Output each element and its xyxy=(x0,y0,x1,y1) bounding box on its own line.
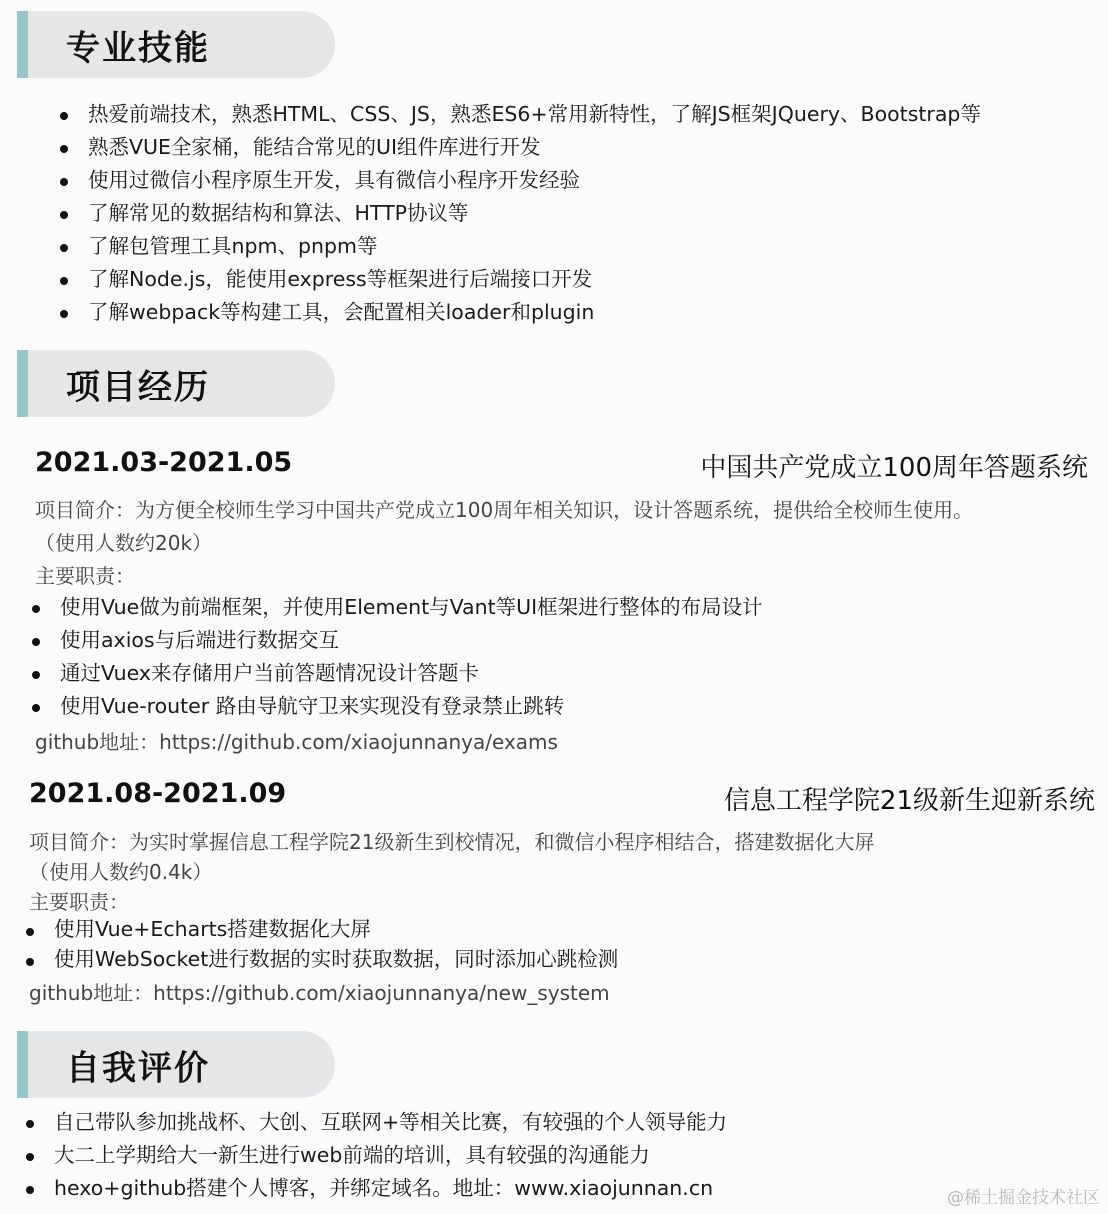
duties-list: 使用Vue+Echarts搭建数据化大屏 使用WebSocket进行数据的实时获… xyxy=(6,914,618,974)
duties-label: 主要职责： xyxy=(29,886,129,915)
section-title: 项目经历 xyxy=(66,359,210,408)
duties-label: 主要职责： xyxy=(35,560,135,589)
list-item: 使用过微信小程序原生开发，具有微信小程序开发经验 xyxy=(40,164,981,197)
duties-list: 使用Vue做为前端框架，并使用Element与Vant等UI框架进行整体的布局设… xyxy=(12,591,763,723)
project-name: 信息工程学院21级新生迎新系统 xyxy=(724,780,1095,817)
watermark: @稀土掘金技术社区 xyxy=(947,1183,1100,1208)
list-item: 热爱前端技术，熟悉HTML、CSS、JS，熟悉ES6+常用新特性，了解JS框架J… xyxy=(40,98,981,131)
list-item: 熟悉VUE全家桶，能结合常见的UI组件库进行开发 xyxy=(40,131,981,164)
list-item: hexo+github搭建个人博客，并绑定域名。地址：www.xiaojunna… xyxy=(6,1172,727,1205)
list-item: 了解常见的数据结构和算法、HTTP协议等 xyxy=(40,197,981,230)
section-title: 自我评价 xyxy=(66,1040,210,1089)
project-date: 2021.08-2021.09 xyxy=(29,778,286,809)
list-item: 自己带队参加挑战杯、大创、互联网+等相关比赛，有较强的个人领导能力 xyxy=(6,1106,727,1139)
list-item: 通过Vuex来存储用户当前答题情况设计答题卡 xyxy=(12,657,763,690)
section-header-self-eval: 自我评价 xyxy=(17,1031,335,1098)
list-item: 使用Vue-router 路由导航守卫来实现没有登录禁止跳转 xyxy=(12,690,763,723)
github-link[interactable]: github地址：https://github.com/xiaojunnanya… xyxy=(29,977,610,1006)
section-header-skills: 专业技能 xyxy=(17,11,335,78)
list-item: 使用axios与后端进行数据交互 xyxy=(12,624,763,657)
section-title: 专业技能 xyxy=(66,20,210,69)
list-item: 了解Node.js，能使用express等框架进行后端接口开发 xyxy=(40,263,981,296)
list-item: 大二上学期给大一新生进行web前端的培训，具有较强的沟通能力 xyxy=(6,1139,727,1172)
project-name: 中国共产党成立100周年答题系统 xyxy=(700,447,1088,484)
project-date: 2021.03-2021.05 xyxy=(35,447,292,478)
list-item: 了解webpack等构建工具，会配置相关loader和plugin xyxy=(40,296,981,329)
project-users: （使用人数约0.4k） xyxy=(29,856,212,885)
github-link[interactable]: github地址：https://github.com/xiaojunnanya… xyxy=(35,726,558,755)
project-intro: 项目简介：为方便全校师生学习中国共产党成立100周年相关知识，设计答题系统，提供… xyxy=(35,494,973,523)
project-intro: 项目简介：为实时掌握信息工程学院21级新生到校情况，和微信小程序相结合，搭建数据… xyxy=(29,826,874,855)
list-item: 使用WebSocket进行数据的实时获取数据，同时添加心跳检测 xyxy=(6,944,618,974)
list-item: 了解包管理工具npm、pnpm等 xyxy=(40,230,981,263)
self-eval-list: 自己带队参加挑战杯、大创、互联网+等相关比赛，有较强的个人领导能力 大二上学期给… xyxy=(6,1106,727,1205)
list-item: 使用Vue+Echarts搭建数据化大屏 xyxy=(6,914,618,944)
skills-list: 热爱前端技术，熟悉HTML、CSS、JS，熟悉ES6+常用新特性，了解JS框架J… xyxy=(40,98,981,329)
list-item: 使用Vue做为前端框架，并使用Element与Vant等UI框架进行整体的布局设… xyxy=(12,591,763,624)
project-users: （使用人数约20k） xyxy=(35,527,212,556)
section-header-projects: 项目经历 xyxy=(17,350,335,417)
